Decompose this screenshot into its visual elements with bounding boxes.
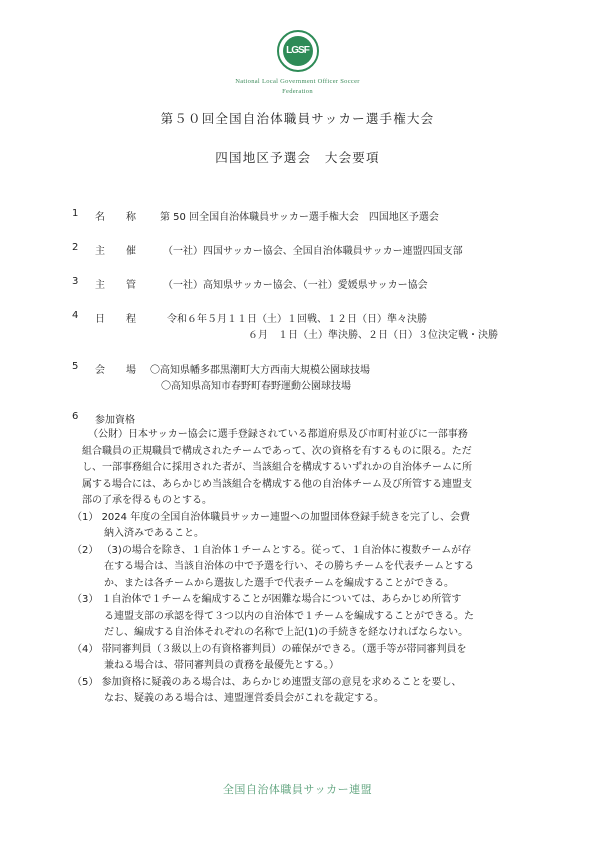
- document-subtitle: 四国地区予選会 大会要項: [0, 148, 595, 166]
- item-venue-value: 〇高知県幡多郡黒潮町大方西南大規模公園球技場: [150, 361, 370, 376]
- condition-4: （4） 帯同審判員（３級以上の有資格審判員）の確保ができる。（選手等が帯同審判員…: [72, 642, 552, 675]
- logo-mark: LGSF: [283, 36, 313, 66]
- footer-organization: 全国自治体職員サッカー連盟: [0, 781, 595, 797]
- item-organizer-value: （一社）四国サッカー協会、全国自治体職員サッカー連盟四国支部: [163, 242, 463, 257]
- item-name-value: 第 50 回全国自治体職員サッカー選手権大会 四国地区予選会: [160, 208, 439, 223]
- condition-1: （1） 2024 年度の全国自治体職員サッカー連盟への加盟団体登録手続きを完了し…: [72, 510, 552, 543]
- item-schedule-value: 令和６年５月１１日（土）１回戦、１２日（日）準々決勝: [167, 310, 427, 325]
- federation-logo-block: LGSF National Local Government Officer S…: [0, 30, 595, 96]
- condition-2: （2） （3)の場合を除き、１自治体１チームとする。従って、１自治体に複数チーム…: [72, 543, 552, 593]
- condition-5: （5） 参加資格に疑義のある場合は、あらかじめ連盟支部の意見を求めることを要し、…: [72, 675, 552, 708]
- logo-caption-line2: Federation: [0, 88, 595, 96]
- section6-body: （公財）日本サッカー協会に選手登録されている都道府県及び市町村並びに一部事務 組…: [72, 427, 552, 708]
- document-title: 第５０回全国自治体職員サッカー選手権大会: [0, 109, 595, 127]
- logo-caption-line1: National Local Government Officer Soccer: [0, 78, 595, 86]
- condition-3: （3） １自治体で１チームを編成することが困難な場合については、あらかじめ所管す…: [72, 592, 552, 642]
- federation-logo-icon: LGSF: [277, 30, 319, 72]
- item-host-value: （一社）高知県サッカー協会、（一社）愛媛県サッカー協会: [163, 276, 428, 291]
